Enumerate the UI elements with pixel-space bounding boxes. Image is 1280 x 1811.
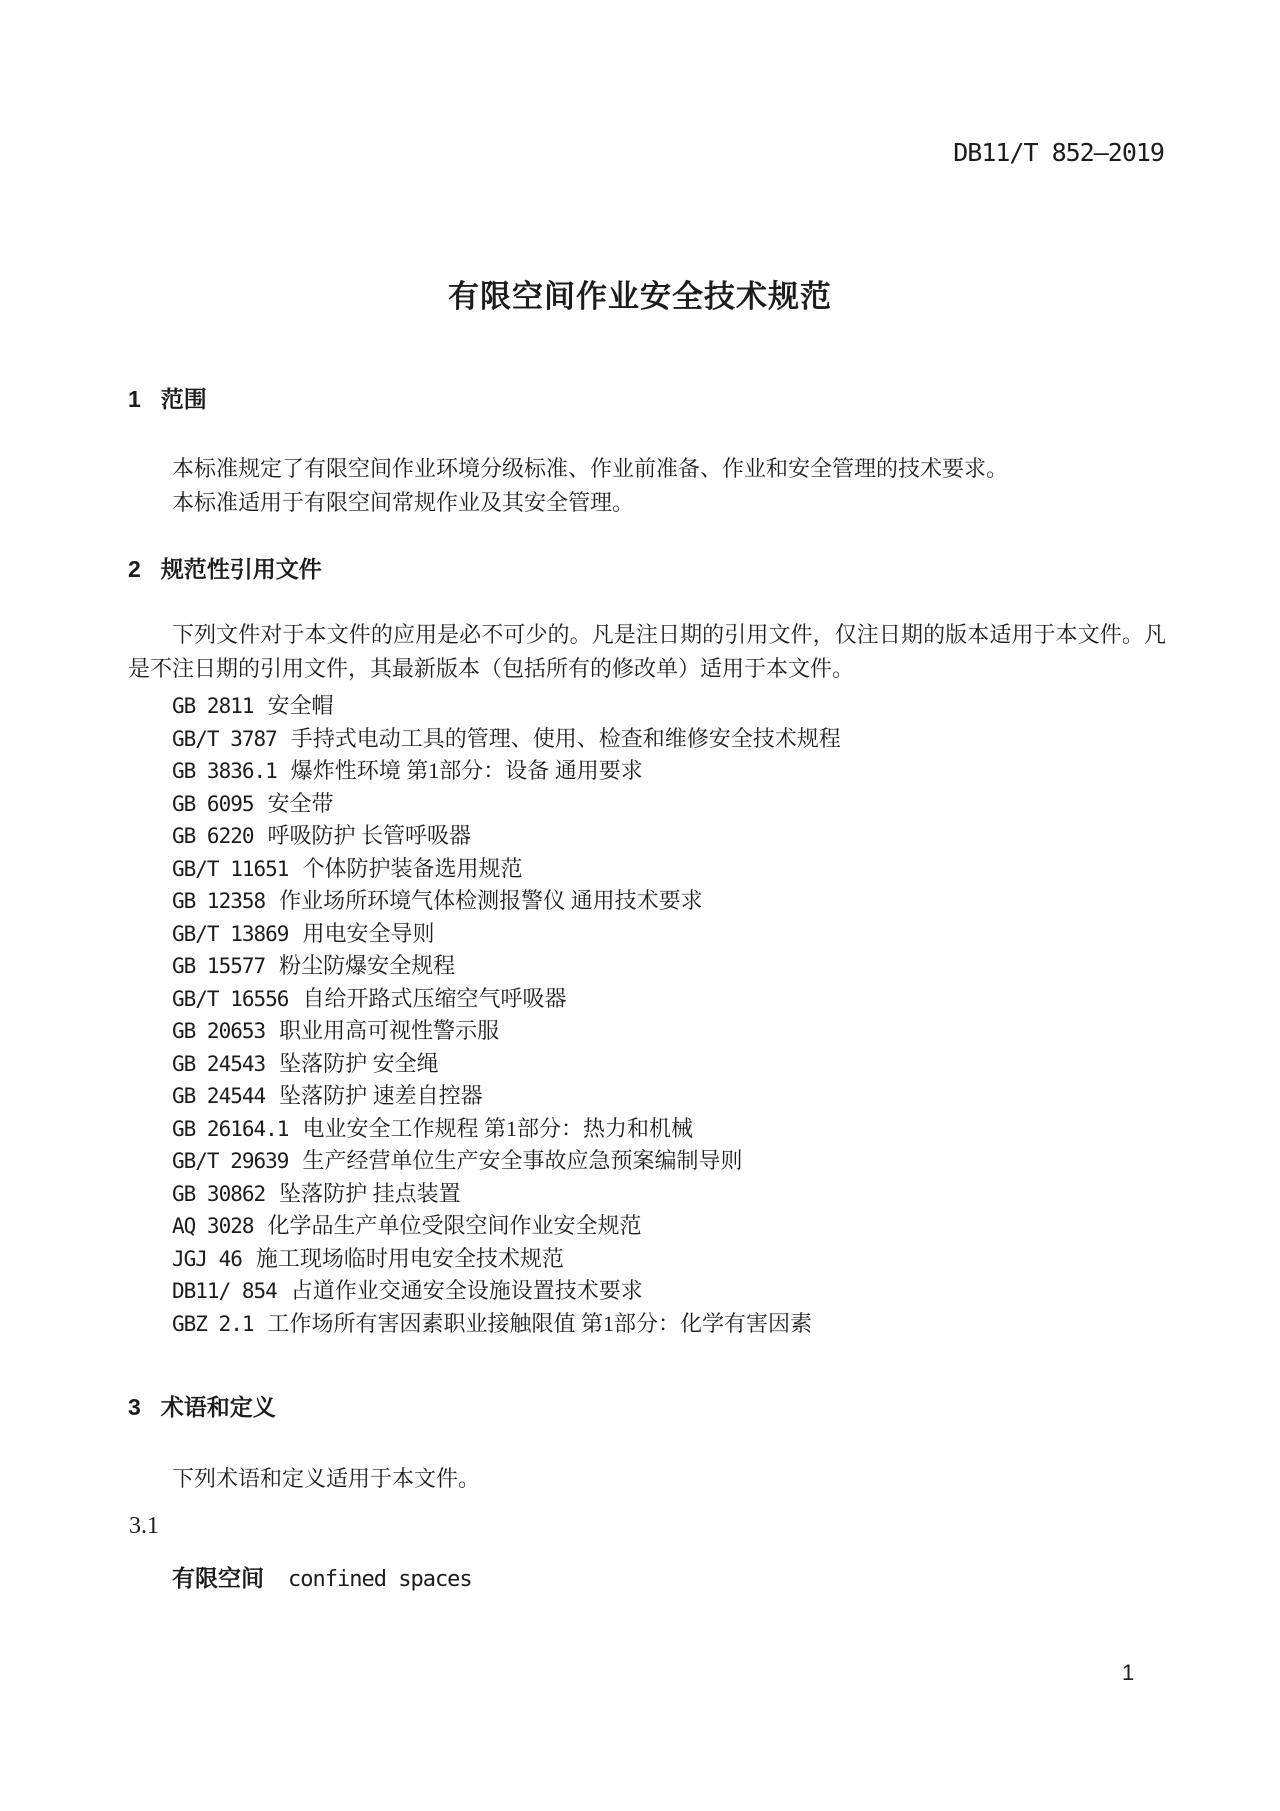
section-3-heading: 3术语和定义 [128, 1394, 276, 1420]
section-3-paragraph-1: 下列术语和定义适用于本文件。 [172, 1462, 1072, 1496]
reference-item: GB 24544坠落防护 速差自控器 [172, 1080, 1172, 1113]
section-1-title: 范围 [161, 386, 207, 412]
reference-code: GB/T 3787 [172, 727, 277, 751]
reference-code: GB 3836.1 [172, 759, 277, 783]
section-2-paragraph-1: 下列文件对于本文件的应用是必不可少的。凡是注日期的引用文件，仅注日期的版本适用于… [128, 618, 1166, 686]
reference-code: GB 24543 [172, 1052, 265, 1076]
document-page: DB11/T 852—2019 有限空间作业安全技术规范 1范围 本标准规定了有… [0, 0, 1280, 1811]
section-1-paragraph-1: 本标准规定了有限空间作业环境分级标准、作业前准备、作业和安全管理的技术要求。 [128, 452, 1168, 486]
reference-code: GB 2811 [172, 694, 254, 718]
reference-item: GBZ 2.1工作场所有害因素职业接触限值 第1部分：化学有害因素 [172, 1308, 1172, 1341]
reference-item: GB 30862坠落防护 挂点装置 [172, 1178, 1172, 1211]
reference-code: GB 12358 [172, 889, 265, 913]
reference-code: GB/T 29639 [172, 1149, 288, 1173]
reference-code: GB 6095 [172, 792, 254, 816]
reference-title: 手持式电动工具的管理、使用、检查和维修安全技术规程 [291, 726, 841, 751]
reference-code: GBZ 2.1 [172, 1312, 254, 1336]
term-definition-line: 有限空间confined spaces [172, 1560, 472, 1593]
page-number: 1 [1122, 1660, 1134, 1686]
section-3-title: 术语和定义 [161, 1394, 276, 1420]
reference-title: 呼吸防护 长管呼吸器 [268, 823, 472, 848]
reference-item: GB/T 16556自给开路式压缩空气呼吸器 [172, 983, 1172, 1016]
reference-item: GB 3836.1爆炸性环境 第1部分：设备 通用要求 [172, 755, 1172, 788]
reference-title: 施工现场临时用电安全技术规范 [256, 1246, 564, 1271]
reference-code: GB 30862 [172, 1182, 265, 1206]
reference-code: GB/T 13869 [172, 922, 288, 946]
reference-code: JGJ 46 [172, 1247, 242, 1271]
references-list: GB 2811安全帽GB/T 3787手持式电动工具的管理、使用、检查和维修安全… [172, 690, 1172, 1340]
reference-item: GB 20653职业用高可视性警示服 [172, 1015, 1172, 1048]
reference-title: 粉尘防爆安全规程 [279, 953, 455, 978]
reference-title: 电业安全工作规程 第1部分：热力和机械 [302, 1116, 693, 1141]
section-1-number: 1 [128, 386, 141, 412]
reference-item: GB 6220呼吸防护 长管呼吸器 [172, 820, 1172, 853]
reference-code: GB 6220 [172, 824, 254, 848]
reference-title: 占道作业交通安全设施设置技术要求 [291, 1278, 643, 1303]
reference-item: GB 2811安全帽 [172, 690, 1172, 723]
document-code-header: DB11/T 852—2019 [953, 138, 1164, 168]
reference-code: GB 24544 [172, 1084, 265, 1108]
reference-item: GB 12358作业场所环境气体检测报警仪 通用技术要求 [172, 885, 1172, 918]
section-1-paragraph-2: 本标准适用于有限空间常规作业及其安全管理。 [128, 486, 1168, 520]
reference-code: DB11/ 854 [172, 1279, 277, 1303]
section-3-number: 3 [128, 1394, 141, 1420]
reference-item: GB 15577粉尘防爆安全规程 [172, 950, 1172, 983]
section-2-heading: 2规范性引用文件 [128, 556, 322, 582]
reference-item: GB/T 11651个体防护装备选用规范 [172, 853, 1172, 886]
reference-title: 爆炸性环境 第1部分：设备 通用要求 [291, 758, 643, 783]
section-1-heading: 1范围 [128, 386, 207, 412]
reference-title: 安全帽 [268, 693, 334, 718]
reference-item: AQ 3028化学品生产单位受限空间作业安全规范 [172, 1210, 1172, 1243]
reference-title: 坠落防护 挂点装置 [279, 1181, 461, 1206]
term-number: 3.1 [129, 1512, 159, 1540]
reference-title: 用电安全导则 [302, 921, 434, 946]
reference-item: GB/T 3787手持式电动工具的管理、使用、检查和维修安全技术规程 [172, 723, 1172, 756]
reference-code: GB 15577 [172, 954, 265, 978]
reference-item: JGJ 46施工现场临时用电安全技术规范 [172, 1243, 1172, 1276]
reference-title: 作业场所环境气体检测报警仪 通用技术要求 [279, 888, 703, 913]
reference-title: 工作场所有害因素职业接触限值 第1部分：化学有害因素 [268, 1311, 813, 1336]
document-title: 有限空间作业安全技术规范 [0, 278, 1280, 316]
reference-title: 职业用高可视性警示服 [279, 1018, 499, 1043]
term-zh-label: 有限空间 [172, 1565, 264, 1591]
reference-item: GB/T 29639生产经营单位生产安全事故应急预案编制导则 [172, 1145, 1172, 1178]
section-2-title: 规范性引用文件 [161, 556, 322, 582]
reference-title: 化学品生产单位受限空间作业安全规范 [268, 1213, 642, 1238]
reference-code: AQ 3028 [172, 1214, 254, 1238]
reference-item: GB/T 13869用电安全导则 [172, 918, 1172, 951]
reference-item: GB 26164.1电业安全工作规程 第1部分：热力和机械 [172, 1113, 1172, 1146]
reference-code: GB 20653 [172, 1019, 265, 1043]
reference-title: 坠落防护 安全绳 [279, 1051, 439, 1076]
reference-item: GB 24543坠落防护 安全绳 [172, 1048, 1172, 1081]
reference-code: GB 26164.1 [172, 1117, 288, 1141]
reference-title: 坠落防护 速差自控器 [279, 1083, 483, 1108]
term-en-label: confined spaces [288, 1567, 472, 1592]
reference-title: 安全带 [268, 791, 334, 816]
section-2-number: 2 [128, 556, 141, 582]
reference-item: DB11/ 854占道作业交通安全设施设置技术要求 [172, 1275, 1172, 1308]
reference-title: 自给开路式压缩空气呼吸器 [302, 986, 566, 1011]
reference-code: GB/T 16556 [172, 987, 288, 1011]
reference-title: 生产经营单位生产安全事故应急预案编制导则 [302, 1148, 742, 1173]
reference-title: 个体防护装备选用规范 [302, 856, 522, 881]
reference-code: GB/T 11651 [172, 857, 288, 881]
reference-item: GB 6095安全带 [172, 788, 1172, 821]
